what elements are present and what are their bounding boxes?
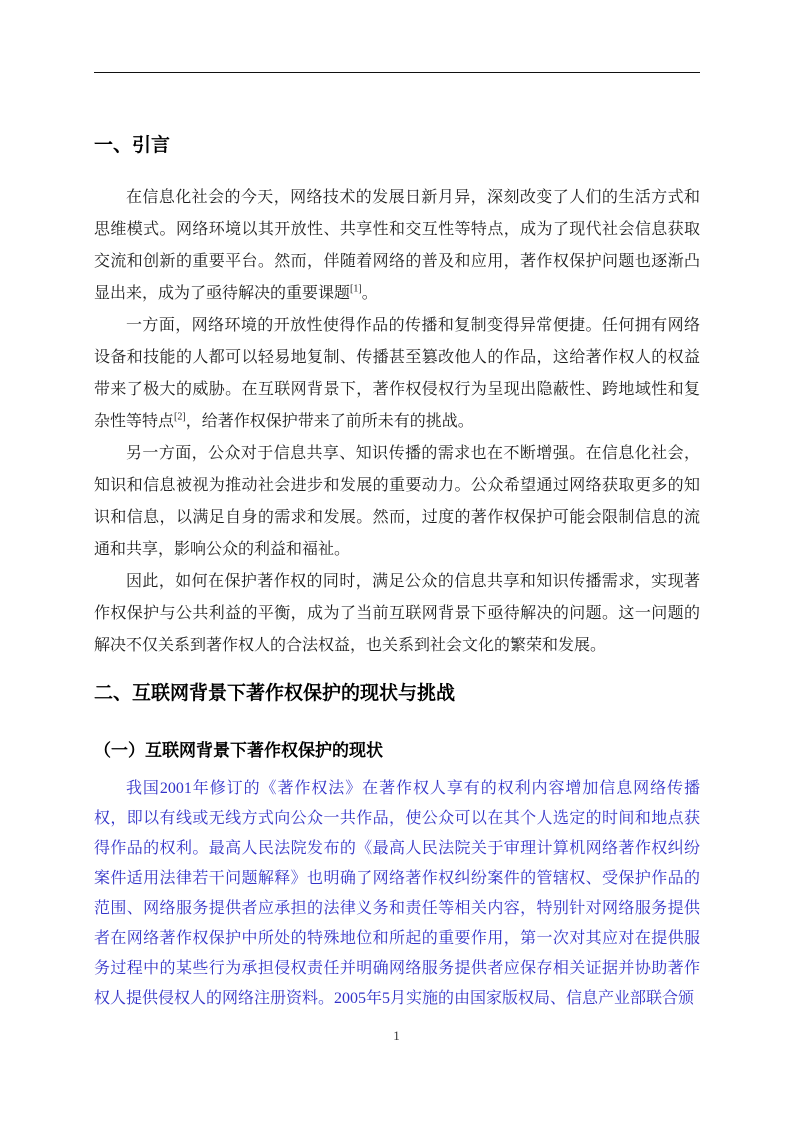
- section-heading-introduction: 一、引言: [94, 133, 700, 159]
- footnote-ref-1: [1]: [350, 284, 362, 295]
- intro-paragraph-2-tail: ，给著作权保护带来了前所未有的挑战。: [186, 413, 474, 430]
- header-rule: [94, 72, 700, 73]
- intro-paragraph-1-text: 在信息化社会的今天，网络技术的发展日新月异，深刻改变了人们的生活方式和思维模式。…: [94, 189, 700, 302]
- section-heading-status-challenges: 二、互联网背景下著作权保护的现状与挑战: [94, 680, 700, 708]
- intro-paragraph-2: 一方面，网络环境的开放性使得作品的传播和复制变得异常便捷。任何拥有网络设备和技能…: [94, 310, 700, 438]
- intro-paragraph-3: 另一方面，公众对于信息共享、知识传播的需求也在不断增强。在信息化社会，知识和信息…: [94, 438, 700, 566]
- subsection-heading-status: （一）互联网背景下著作权保护的现状: [94, 738, 700, 764]
- intro-paragraph-4: 因此，如何在保护著作权的同时，满足公众的信息共享和知识传播需求，实现著作权保护与…: [94, 566, 700, 662]
- document-page: 一、引言 在信息化社会的今天，网络技术的发展日新月异，深刻改变了人们的生活方式和…: [0, 0, 793, 1122]
- page-number: 1: [0, 1028, 793, 1044]
- intro-paragraph-1-tail: 。: [362, 285, 378, 302]
- footnote-ref-2: [2]: [174, 412, 186, 423]
- intro-paragraph-1: 在信息化社会的今天，网络技术的发展日新月异，深刻改变了人们的生活方式和思维模式。…: [94, 182, 700, 310]
- status-paragraph-1: 我国2001年修订的《著作权法》在著作权人享有的权利内容增加信息网络传播权，即以…: [94, 774, 700, 1014]
